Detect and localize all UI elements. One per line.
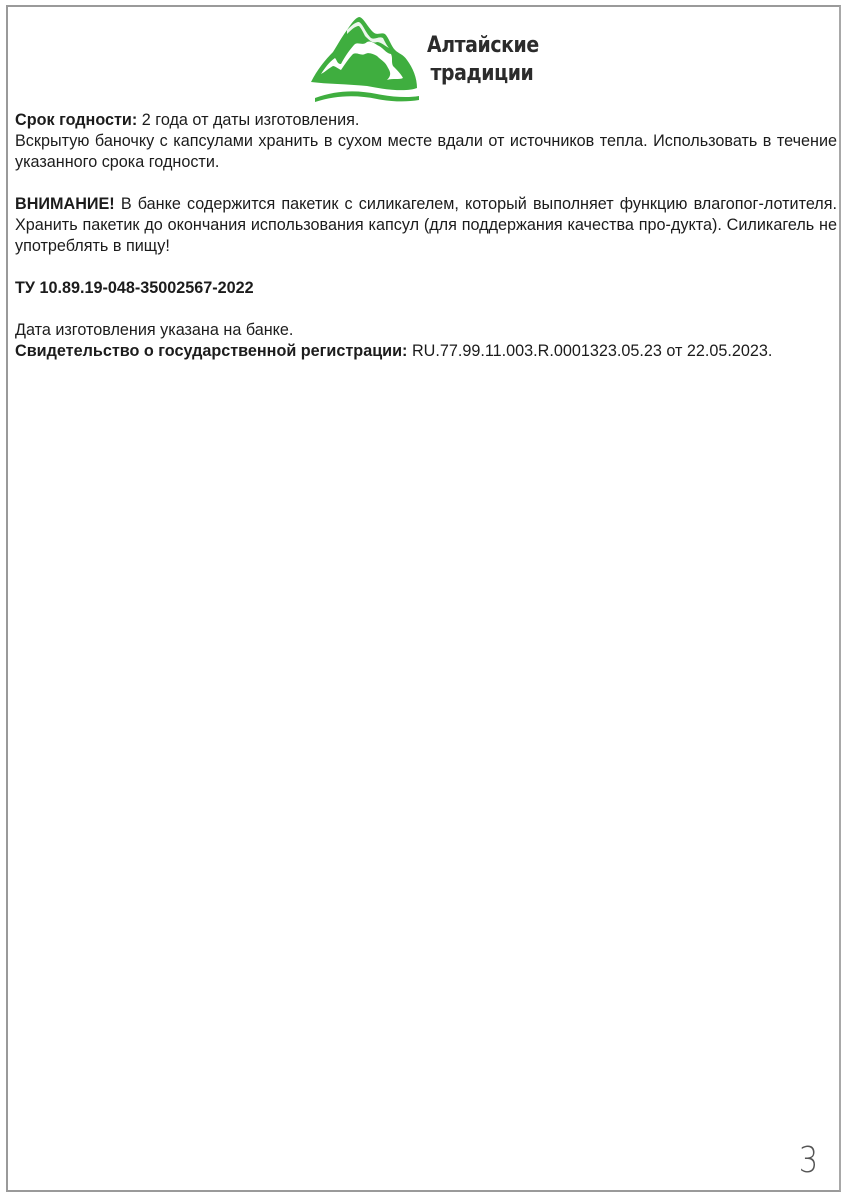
mountain-logo-icon bbox=[307, 12, 422, 104]
registration-value: RU.77.99.11.003.R.0001323.05.23 от 22.05… bbox=[407, 342, 772, 360]
brand-name: Алтайские традиции bbox=[427, 32, 539, 88]
shelf-life-value: 2 года от даты изготовления. bbox=[137, 111, 359, 129]
warning-paragraph: ВНИМАНИЕ! В банке содержится пакетик с с… bbox=[15, 194, 837, 257]
brand-name-line1: Алтайские bbox=[427, 33, 539, 58]
shelf-life-label: Срок годности: bbox=[15, 111, 137, 129]
page-number: 3 bbox=[799, 1140, 818, 1181]
brand-name-line2: традиции bbox=[427, 60, 539, 88]
warning-text: В банке содержится пакетик с силикагелем… bbox=[15, 195, 837, 255]
registration-line: Свидетельство о государственной регистра… bbox=[15, 341, 837, 362]
registration-label: Свидетельство о государственной регистра… bbox=[15, 342, 407, 360]
tu-code-text: ТУ 10.89.19-048-35002567-2022 bbox=[15, 279, 254, 297]
storage-instructions: Вскрытую баночку с капсулами хранить в с… bbox=[15, 131, 837, 173]
document-body: Срок годности: 2 года от даты изготовлен… bbox=[15, 110, 837, 362]
tu-code: ТУ 10.89.19-048-35002567-2022 bbox=[15, 278, 837, 299]
shelf-life-line: Срок годности: 2 года от даты изготовлен… bbox=[15, 110, 837, 131]
brand-logo: Алтайские традиции bbox=[307, 12, 547, 104]
warning-label: ВНИМАНИЕ! bbox=[15, 195, 115, 213]
manufacture-date-note: Дата изготовления указана на банке. bbox=[15, 320, 837, 341]
